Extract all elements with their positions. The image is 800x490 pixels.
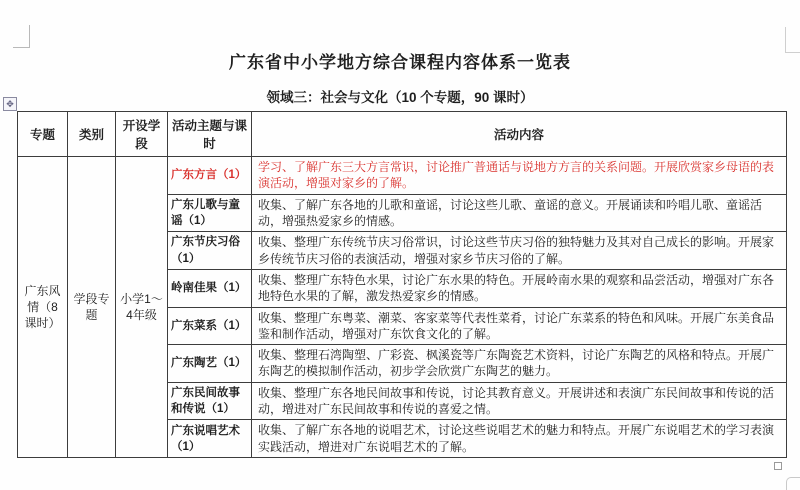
activity-content-cell: 收集、整理广东特色水果，讨论广东水果的特色。开展岭南水果的观察和品尝活动，增强对… <box>252 269 787 307</box>
curriculum-table: 专题 类别 开设学段 活动主题与课时 活动内容 广东风情（8 课时） 学段专题 … <box>17 111 787 458</box>
activity-theme-cell: 广东菜系（1） <box>168 307 252 345</box>
activity-content-cell: 收集、了解广东各地的儿歌和童谣，讨论这些儿歌、童谣的意义。开展诵读和吟唱儿歌、童… <box>252 194 787 232</box>
header-grade: 开设学段 <box>116 112 168 157</box>
activity-theme-cell: 广东陶艺（1） <box>168 345 252 383</box>
table-header-row: 专题 类别 开设学段 活动主题与课时 活动内容 <box>18 112 787 157</box>
document-page: 广东省中小学地方综合课程内容体系一览表 领域三：社会与文化（10 个专题，90 … <box>0 0 800 490</box>
merged-grade-cell: 小学1～4年级 <box>116 157 168 458</box>
header-activity-content: 活动内容 <box>252 112 787 157</box>
activity-content-cell: 收集、整理广东各地民间故事和传说，讨论其教育意义。开展讲述和表演广东民间故事和传… <box>252 382 787 420</box>
page-subtitle: 领域三：社会与文化（10 个专题，90 课时） <box>0 86 800 106</box>
activity-content-cell: 收集、整理广东粤菜、潮菜、客家菜等代表性菜肴，讨论广东菜系的特色和风味。开展广东… <box>252 307 787 345</box>
activity-theme-cell: 岭南佳果（1） <box>168 269 252 307</box>
table-resize-handle[interactable] <box>774 462 782 470</box>
activity-content-cell: 收集、了解广东各地的说唱艺术，讨论这些说唱艺术的魅力和特点。开展广东说唱艺术的学… <box>252 420 787 458</box>
table-row: 广东风情（8 课时） 学段专题 小学1～4年级 广东方言（1） 学习、了解广东三… <box>18 157 787 195</box>
activity-theme-cell: 广东节庆习俗（1） <box>168 232 252 270</box>
page-margin-mark-top-left <box>13 25 30 48</box>
activity-theme-cell: 广东民间故事和传说（1） <box>168 382 252 420</box>
table-move-handle-icon[interactable]: ✥ <box>3 97 17 111</box>
activity-content-cell: 学习、了解广东三大方言常识，讨论推广普通话与说地方方言的关系问题。开展欣赏家乡母… <box>252 157 787 195</box>
header-category: 类别 <box>68 112 116 157</box>
activity-theme-cell: 广东说唱艺术（1） <box>168 420 252 458</box>
activity-content-cell: 收集、整理广东传统节庆习俗常识，讨论这些节庆习俗的独特魅力及其对自己成长的影响。… <box>252 232 787 270</box>
header-theme: 专题 <box>18 112 68 157</box>
header-activity-theme: 活动主题与课时 <box>168 112 252 157</box>
page-margin-mark-bottom-right <box>786 477 800 490</box>
page-title: 广东省中小学地方综合课程内容体系一览表 <box>0 48 800 73</box>
merged-category-cell: 学段专题 <box>68 157 116 458</box>
activity-theme-cell: 广东儿歌与童谣（1） <box>168 194 252 232</box>
activity-theme-cell: 广东方言（1） <box>168 157 252 195</box>
activity-content-cell: 收集、整理石湾陶塑、广彩瓷、枫溪瓷等广东陶瓷艺术资料，讨论广东陶艺的风格和特点。… <box>252 345 787 383</box>
merged-theme-cell: 广东风情（8 课时） <box>18 157 68 458</box>
